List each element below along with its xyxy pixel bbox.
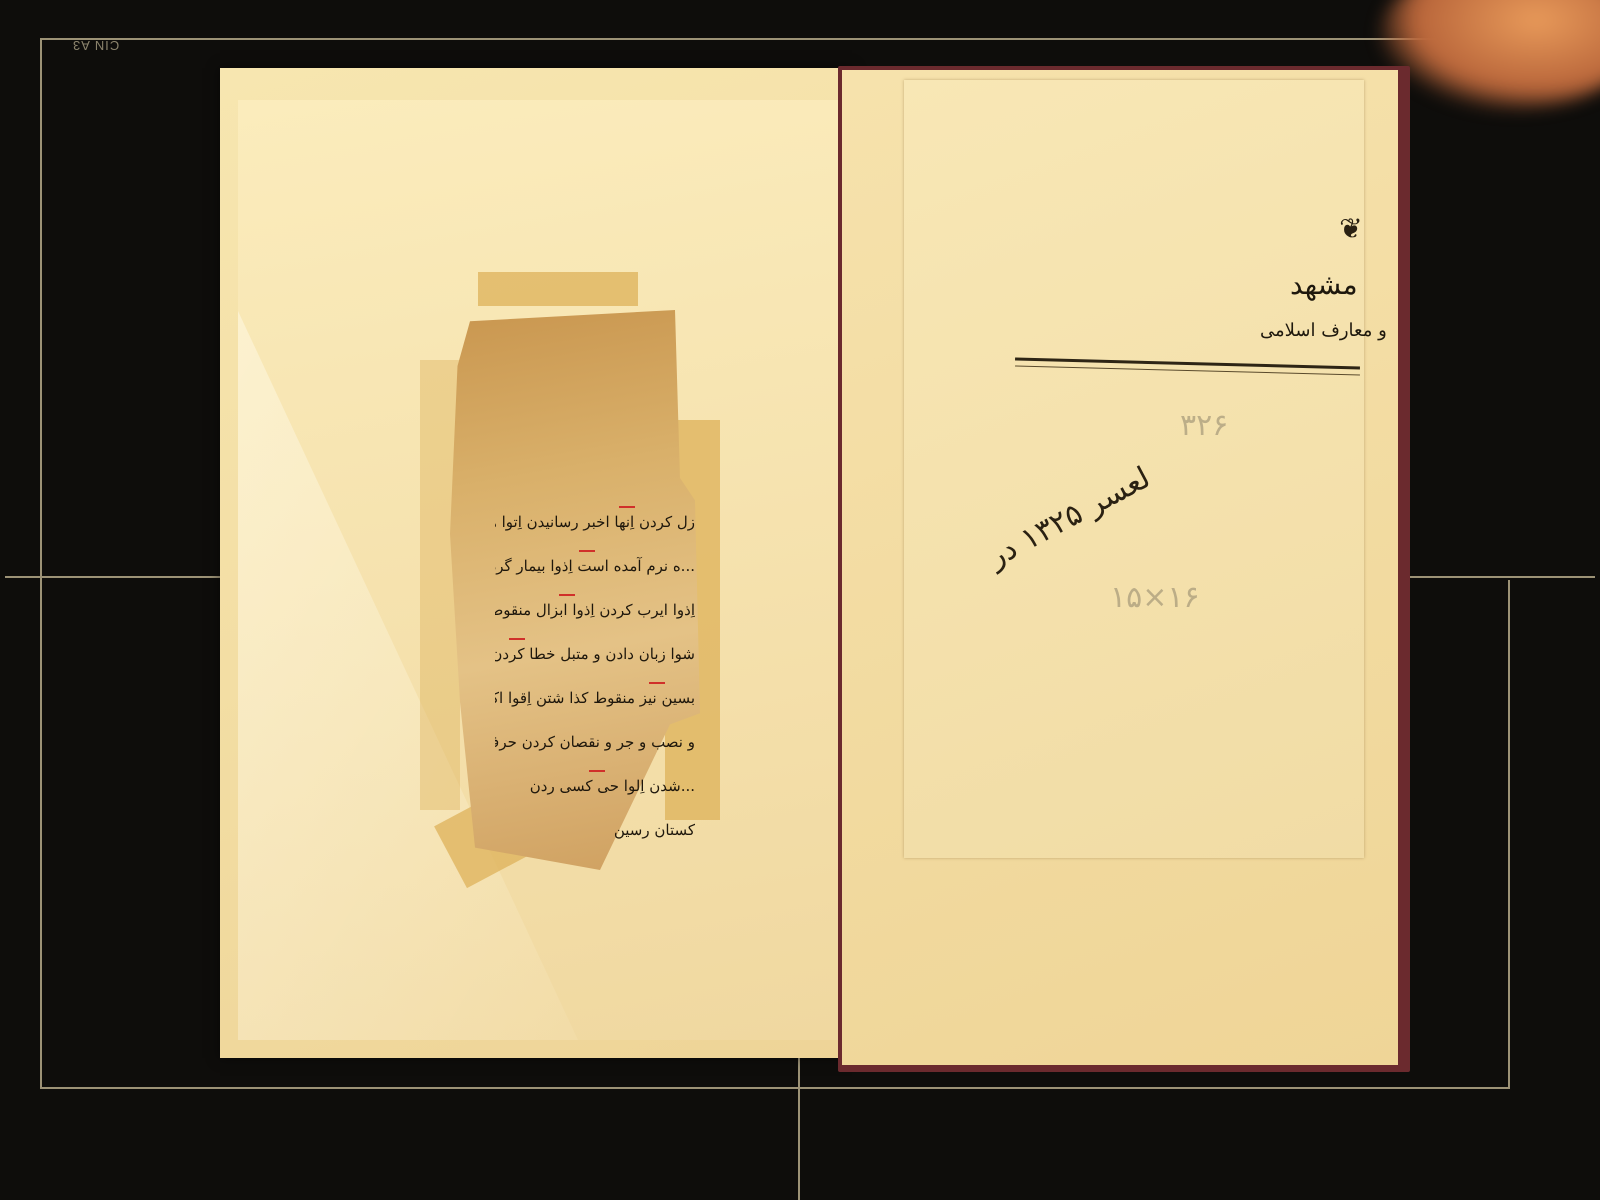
institution-title: مشهد	[1290, 268, 1358, 301]
board-frame-top	[40, 38, 1510, 40]
board-label: CIN A3	[72, 38, 119, 53]
manuscript-line: کستان رسین	[495, 808, 695, 852]
manuscript-line: بسین نیز منقوط کذا شتن اِقوا اکراه	[495, 676, 695, 720]
manuscript-line: و نصب و جر و نقصان کردن حرف از	[495, 720, 695, 764]
tape-top	[478, 272, 638, 306]
board-frame-left	[40, 38, 42, 1088]
pencil-note-number: ۳۲۶	[1180, 408, 1228, 443]
manuscript-text: زل کردن اِنها اخبر رسانیدن اِتوا هلاک کر…	[495, 500, 695, 852]
manuscript-line: شوا زبان دادن و متبل خطا کردن یعنی تقتل	[495, 632, 695, 676]
board-crosshair-v	[798, 1040, 800, 1200]
board-frame-right	[1508, 580, 1510, 1088]
manuscript-line: اِذوا ایرب کردن اِذوا ابزال منقوط زمرده	[495, 588, 695, 632]
board-frame-bottom	[40, 1087, 1510, 1089]
institution-subtitle: و معارف اسلامی	[1260, 320, 1387, 341]
pencil-note-dimensions: ۱۵×۱۶	[1110, 580, 1200, 615]
photographer-finger	[1380, 0, 1600, 110]
manuscript-line: ...شدن اِلوا حی کسی ردن	[495, 764, 695, 808]
manuscript-line: زل کردن اِنها اخبر رسانیدن اِتوا هلاک کر…	[495, 500, 695, 544]
institution-emblem-icon: ❦	[1338, 208, 1364, 250]
manuscript-line: ...ه نرم آمده است اِذوا بیمار گردانیدن و…	[495, 544, 695, 588]
